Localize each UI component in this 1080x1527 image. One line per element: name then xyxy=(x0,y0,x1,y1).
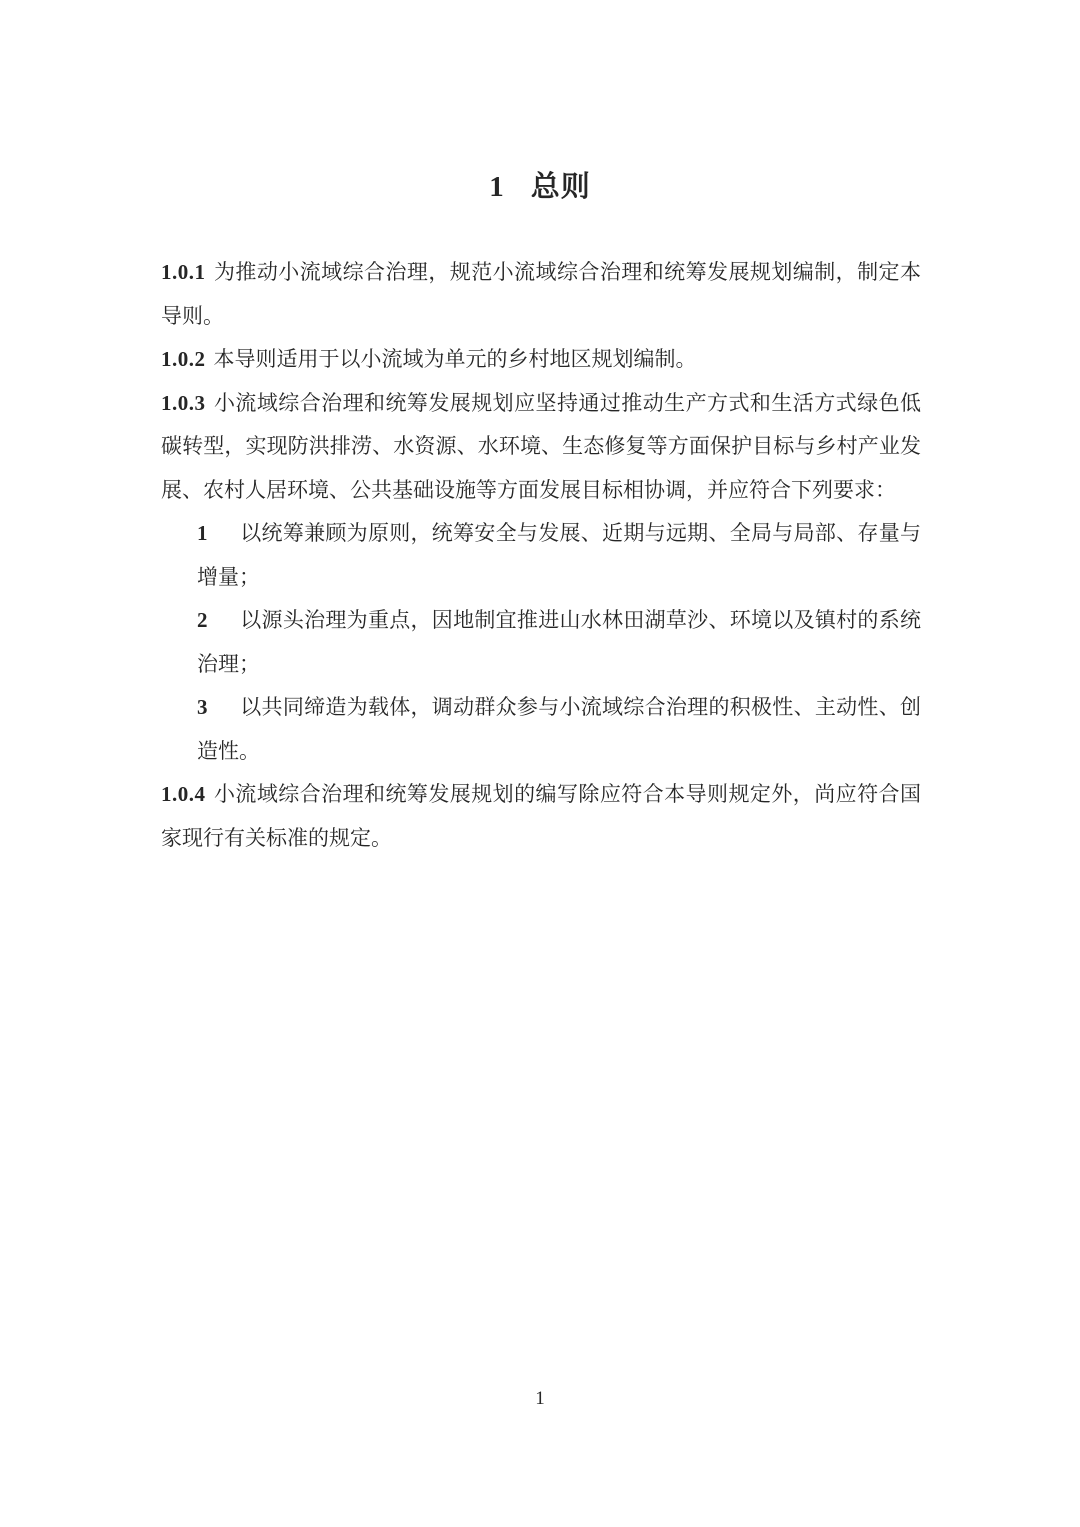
page-number: 1 xyxy=(0,1388,1080,1410)
clause-1-0-4-text: 小流域综合治理和统筹发展规划的编写除应符合本导则规定外，尚应符合国家现行有关标准… xyxy=(161,782,921,850)
document-page: 1总则 1.0.1为推动小流域综合治理，规范小流域综合治理和统筹发展规划编制，制… xyxy=(0,0,1080,1527)
clause-1-0-1-label: 1.0.1 xyxy=(161,260,206,284)
clause-1-0-1: 1.0.1为推动小流域综合治理，规范小流域综合治理和统筹发展规划编制，制定本导则… xyxy=(161,251,921,338)
item-2-number: 2 xyxy=(197,599,240,643)
item-1-number: 1 xyxy=(197,512,240,556)
chapter-title-text: 总则 xyxy=(531,171,591,203)
item-2-text: 以源头治理为重点，因地制宜推进山水林田湖草沙、环境以及镇村的系统治理； xyxy=(197,608,921,676)
clause-1-0-3: 1.0.3小流域综合治理和统筹发展规划应坚持通过推动生产方式和生活方式绿色低碳转… xyxy=(161,382,921,513)
chapter-number: 1 xyxy=(489,171,505,203)
clause-1-0-3-item-1: 1以统筹兼顾为原则，统筹安全与发展、近期与远期、全局与局部、存量与增量； xyxy=(161,512,921,599)
clause-1-0-3-text: 小流域综合治理和统筹发展规划应坚持通过推动生产方式和生活方式绿色低碳转型，实现防… xyxy=(161,391,921,502)
clause-1-0-2-label: 1.0.2 xyxy=(161,347,206,371)
document-body: 1.0.1为推动小流域综合治理，规范小流域综合治理和统筹发展规划编制，制定本导则… xyxy=(161,251,921,860)
clause-1-0-4: 1.0.4小流域综合治理和统筹发展规划的编写除应符合本导则规定外，尚应符合国家现… xyxy=(161,773,921,860)
clause-1-0-2: 1.0.2本导则适用于以小流域为单元的乡村地区规划编制。 xyxy=(161,338,921,382)
item-3-number: 3 xyxy=(197,686,240,730)
clause-1-0-3-label: 1.0.3 xyxy=(161,391,206,415)
clause-1-0-1-text: 为推动小流域综合治理，规范小流域综合治理和统筹发展规划编制，制定本导则。 xyxy=(161,260,921,328)
clause-1-0-4-label: 1.0.4 xyxy=(161,782,206,806)
clause-1-0-3-item-3: 3以共同缔造为载体，调动群众参与小流域综合治理的积极性、主动性、创造性。 xyxy=(161,686,921,773)
chapter-title: 1总则 xyxy=(0,170,1080,204)
clause-1-0-3-item-2: 2以源头治理为重点，因地制宜推进山水林田湖草沙、环境以及镇村的系统治理； xyxy=(161,599,921,686)
item-3-text: 以共同缔造为载体，调动群众参与小流域综合治理的积极性、主动性、创造性。 xyxy=(197,695,921,763)
item-1-text: 以统筹兼顾为原则，统筹安全与发展、近期与远期、全局与局部、存量与增量； xyxy=(197,521,921,589)
clause-1-0-2-text: 本导则适用于以小流域为单元的乡村地区规划编制。 xyxy=(214,347,697,371)
